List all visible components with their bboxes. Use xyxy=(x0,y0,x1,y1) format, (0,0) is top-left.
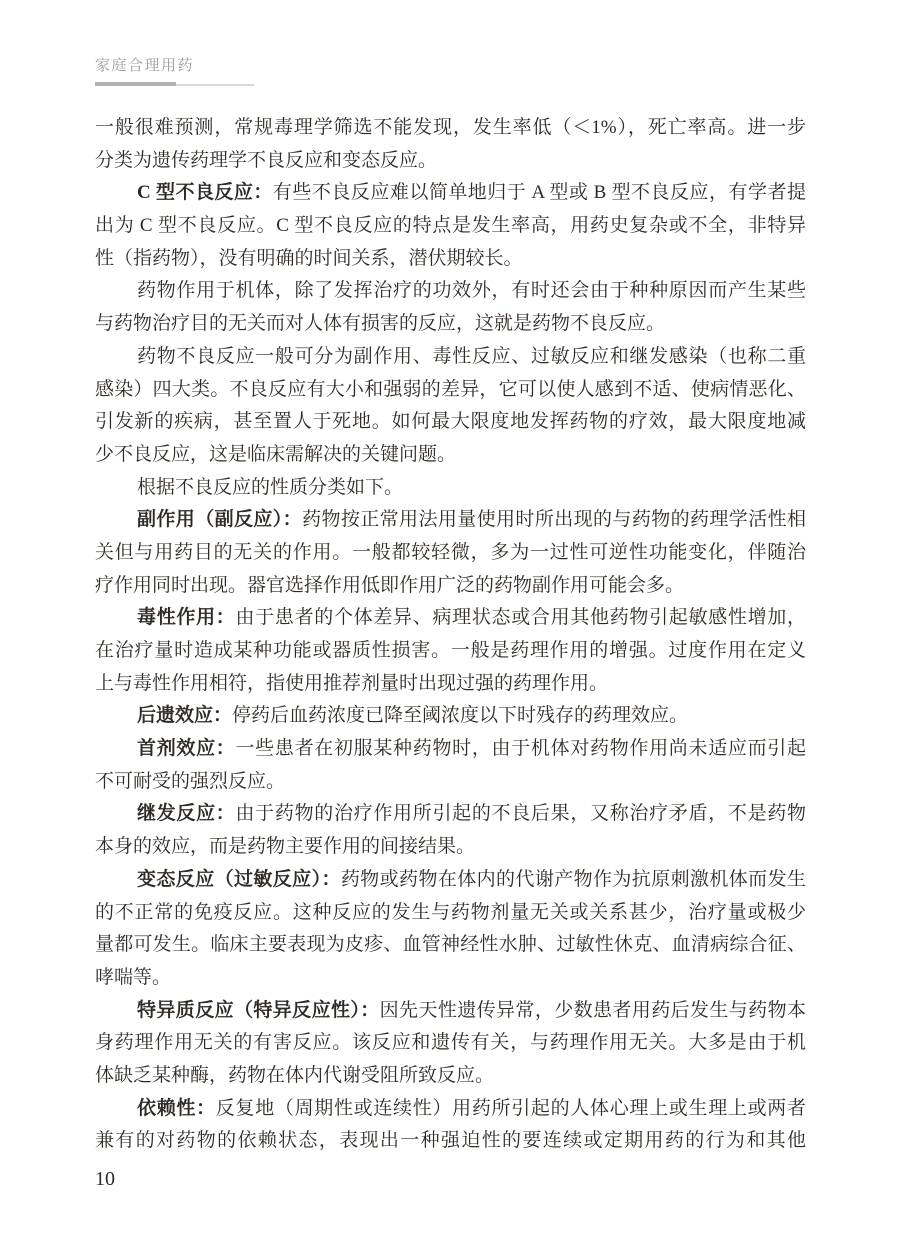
line-text: 由于药物的治疗作用所引起的不良后果，又称治疗矛盾，不是药物 xyxy=(235,803,806,824)
text-line: 继发反应：由于药物的治疗作用所引起的不良后果，又称治疗矛盾，不是药物 xyxy=(95,798,806,831)
term-label: 继发反应： xyxy=(137,803,235,824)
rule-dark-segment xyxy=(95,82,176,86)
line-text: 在治疗量时造成某种功能或器质性损害。一般是药理作用的增强。过度作用在定义 xyxy=(95,640,806,661)
line-text: 反复地（周期性或连续性）用药所引起的人体心理上或生理上或两者 xyxy=(216,1098,806,1119)
text-line: 疗作用同时出现。器官选择作用低即作用广泛的药物副作用可能会多。 xyxy=(95,570,806,603)
text-line: 关但与用药目的无关的作用。一般都较轻微，多为一过性可逆性功能变化，伴随治 xyxy=(95,537,806,570)
text-line: 引发新的疾病，甚至置人于死地。如何最大限度地发挥药物的疗效，最大限度地减 xyxy=(95,406,806,439)
line-text: 有些不良反应难以简单地归于 A 型或 B 型不良反应，有学者提 xyxy=(273,182,806,203)
text-line: 性（指药物），没有明确的时间关系，潜伏期较长。 xyxy=(95,243,806,276)
text-line: 量都可发生。临床主要表现为皮疹、血管神经性水肿、过敏性休克、血清病综合征、 xyxy=(95,929,806,962)
line-text: 一些患者在初服某种药物时，由于机体对药物作用尚未适应而引起 xyxy=(235,738,806,759)
line-text: 的不正常的免疫反应。这种反应的发生与药物剂量无关或关系甚少，治疗量或极少 xyxy=(95,902,806,923)
line-text: 性（指药物），没有明确的时间关系，潜伏期较长。 xyxy=(95,248,523,269)
line-text: 分类为遗传药理学不良反应和变态反应。 xyxy=(95,150,437,171)
line-text: 药物按正常用法用量使用时所出现的与药物的药理学活性相 xyxy=(302,509,806,530)
term-label: 副作用（副反应）： xyxy=(137,509,302,530)
term-label: 特异质反应（特异反应性）： xyxy=(137,1000,380,1021)
line-text: 本身的效应，而是药物主要作用的间接结果。 xyxy=(95,836,475,857)
line-text: 不可耐受的强烈反应。 xyxy=(95,771,285,792)
term-label: 毒性作用： xyxy=(137,607,235,628)
text-line: 药物不良反应一般可分为副作用、毒性反应、过敏反应和继发感染（也称二重 xyxy=(95,341,806,374)
running-header: 家庭合理用药 xyxy=(95,58,254,86)
text-line: 少不良反应，这是临床需解决的关键问题。 xyxy=(95,439,806,472)
text-line: 毒性作用：由于患者的个体差异、病理状态或合用其他药物引起敏感性增加， xyxy=(95,602,806,635)
line-text: 药物或药物在体内的代谢产物作为抗原刺激机体而发生 xyxy=(341,869,806,890)
line-text: 停药后血药浓度已降至阈浓度以下时残存的药理效应。 xyxy=(232,705,688,726)
text-line: C 型不良反应：有些不良反应难以简单地归于 A 型或 B 型不良反应，有学者提 xyxy=(95,177,806,210)
line-text: 一般很难预测，常规毒理学筛选不能发现，发生率低（＜1%），死亡率高。进一步 xyxy=(95,117,806,138)
term-label: 首剂效应： xyxy=(137,738,235,759)
book-page: 家庭合理用药 一般很难预测，常规毒理学筛选不能发现，发生率低（＜1%），死亡率高… xyxy=(0,0,900,1245)
text-line: 哮喘等。 xyxy=(95,962,806,995)
text-line: 分类为遗传药理学不良反应和变态反应。 xyxy=(95,145,806,178)
line-text: 药物作用于机体，除了发挥治疗的功效外，有时还会由于种种原因而产生某些 xyxy=(137,280,806,301)
text-line: 与药物治疗目的无关而对人体有损害的反应，这就是药物不良反应。 xyxy=(95,308,806,341)
line-text: 量都可发生。临床主要表现为皮疹、血管神经性水肿、过敏性休克、血清病综合征、 xyxy=(95,934,806,955)
line-text: 由于患者的个体差异、病理状态或合用其他药物引起敏感性增加， xyxy=(235,607,806,628)
text-line: 不可耐受的强烈反应。 xyxy=(95,766,806,799)
line-text: 与药物治疗目的无关而对人体有损害的反应，这就是药物不良反应。 xyxy=(95,313,665,334)
text-line: 在治疗量时造成某种功能或器质性损害。一般是药理作用的增强。过度作用在定义 xyxy=(95,635,806,668)
term-label: 后遗效应： xyxy=(137,705,232,726)
line-text: 出为 C 型不良反应。C 型不良反应的特点是发生率高，用药史复杂或不全，非特异 xyxy=(95,215,806,236)
text-line: 副作用（副反应）：药物按正常用法用量使用时所出现的与药物的药理学活性相 xyxy=(95,504,806,537)
line-text: 哮喘等。 xyxy=(95,967,171,988)
line-text: 少不良反应，这是临床需解决的关键问题。 xyxy=(95,444,456,465)
text-line: 特异质反应（特异反应性）：因先天性遗传异常，少数患者用药后发生与药物本 xyxy=(95,995,806,1028)
line-text: 体缺乏某种酶，药物在体内代谢受阻所致反应。 xyxy=(95,1065,494,1086)
text-line: 后遗效应：停药后血药浓度已降至阈浓度以下时残存的药理效应。 xyxy=(95,700,806,733)
line-text: 关但与用药目的无关的作用。一般都较轻微，多为一过性可逆性功能变化，伴随治 xyxy=(95,542,806,563)
text-line: 依赖性：反复地（周期性或连续性）用药所引起的人体心理上或生理上或两者 xyxy=(95,1093,806,1126)
body-text-column: 一般很难预测，常规毒理学筛选不能发现，发生率低（＜1%），死亡率高。进一步分类为… xyxy=(95,112,806,1158)
text-line: 出为 C 型不良反应。C 型不良反应的特点是发生率高，用药史复杂或不全，非特异 xyxy=(95,210,806,243)
text-line: 的不正常的免疫反应。这种反应的发生与药物剂量无关或关系甚少，治疗量或极少 xyxy=(95,897,806,930)
text-line: 感染）四大类。不良反应有大小和强弱的差异，它可以使人感到不适、使病情恶化、 xyxy=(95,374,806,407)
text-line: 药物作用于机体，除了发挥治疗的功效外，有时还会由于种种原因而产生某些 xyxy=(95,275,806,308)
text-line: 体缺乏某种酶，药物在体内代谢受阻所致反应。 xyxy=(95,1060,806,1093)
line-text: 因先天性遗传异常，少数患者用药后发生与药物本 xyxy=(380,1000,806,1021)
line-text: 引发新的疾病，甚至置人于死地。如何最大限度地发挥药物的疗效，最大限度地减 xyxy=(95,411,806,432)
text-line: 一般很难预测，常规毒理学筛选不能发现，发生率低（＜1%），死亡率高。进一步 xyxy=(95,112,806,145)
text-line: 根据不良反应的性质分类如下。 xyxy=(95,472,806,505)
text-line: 本身的效应，而是药物主要作用的间接结果。 xyxy=(95,831,806,864)
term-label: 依赖性： xyxy=(137,1098,216,1119)
text-line: 首剂效应：一些患者在初服某种药物时，由于机体对药物作用尚未适应而引起 xyxy=(95,733,806,766)
line-text: 根据不良反应的性质分类如下。 xyxy=(137,477,403,498)
line-text: 上与毒性作用相符，指使用推荐剂量时出现过强的药理作用。 xyxy=(95,673,608,694)
line-text: 感染）四大类。不良反应有大小和强弱的差异，它可以使人感到不适、使病情恶化、 xyxy=(95,379,806,400)
term-label: C 型不良反应： xyxy=(137,182,273,203)
line-text: 疗作用同时出现。器官选择作用低即作用广泛的药物副作用可能会多。 xyxy=(95,575,684,596)
line-text: 药物不良反应一般可分为副作用、毒性反应、过敏反应和继发感染（也称二重 xyxy=(137,346,806,367)
term-label: 变态反应（过敏反应）： xyxy=(137,869,341,890)
line-text: 身药理作用无关的有害反应。该反应和遗传有关，与药理作用无关。大多是由于机 xyxy=(95,1032,806,1053)
running-header-title: 家庭合理用药 xyxy=(95,58,254,73)
text-line: 兼有的对药物的依赖状态，表现出一种强迫性的要连续或定期用药的行为和其他 xyxy=(95,1125,806,1158)
text-line: 身药理作用无关的有害反应。该反应和遗传有关，与药理作用无关。大多是由于机 xyxy=(95,1027,806,1060)
page-number: 10 xyxy=(95,1167,115,1191)
line-text: 兼有的对药物的依赖状态，表现出一种强迫性的要连续或定期用药的行为和其他 xyxy=(95,1130,806,1151)
text-line: 上与毒性作用相符，指使用推荐剂量时出现过强的药理作用。 xyxy=(95,668,806,701)
text-line: 变态反应（过敏反应）：药物或药物在体内的代谢产物作为抗原刺激机体而发生 xyxy=(95,864,806,897)
running-header-rule xyxy=(95,82,254,86)
rule-light-segment xyxy=(176,84,254,86)
